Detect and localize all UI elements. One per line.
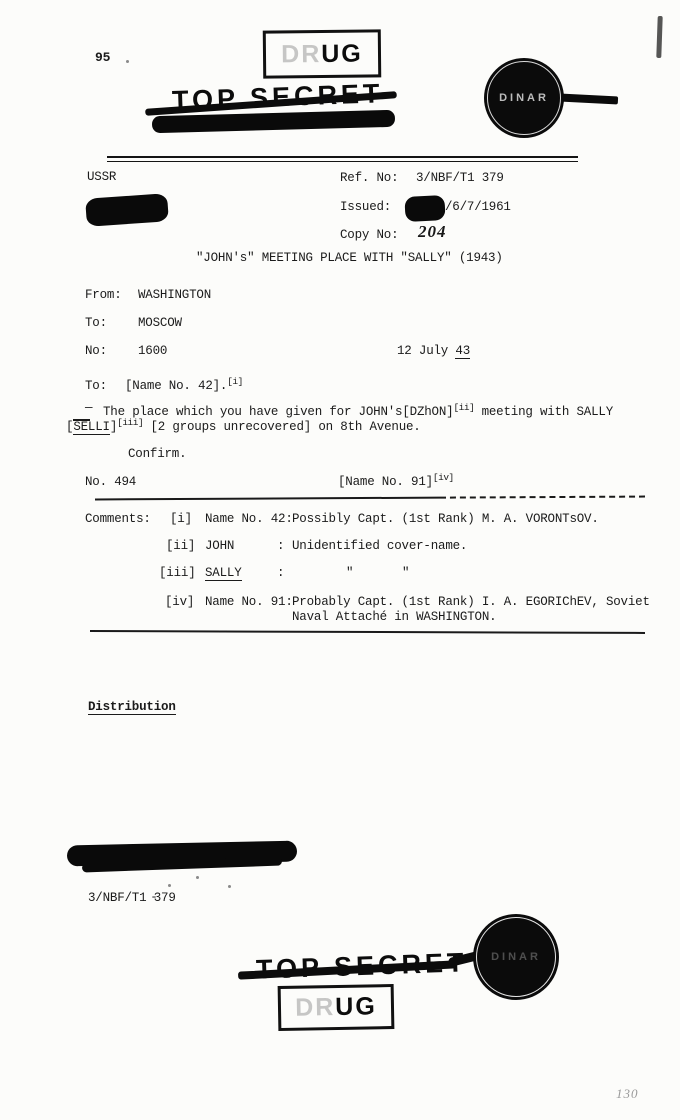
ref-label: Ref. No: [340, 171, 398, 185]
overline-mark [73, 419, 90, 421]
document-page: 95 DRUG TOP SECRET DINAR USSR Ref. No: 3… [0, 0, 680, 1120]
footnote-definition-line2: Naval Attaché in WASHINGTON. [292, 610, 496, 624]
no-value: 1600 [138, 344, 167, 358]
dinar-ring [476, 917, 556, 997]
to-label: To: [85, 316, 107, 330]
footnote-index: [ii] [166, 539, 195, 553]
pencil-mark [168, 884, 171, 887]
signature-name: [Name No. 91] [338, 475, 433, 489]
body-text: meeting with SALLY [474, 405, 613, 419]
from-label: From: [85, 288, 122, 302]
from-value: WASHINGTON [138, 288, 211, 302]
message-date: 12 July 43 [397, 344, 470, 358]
ditto-mark: " [346, 566, 353, 580]
divider-solid-rule [90, 630, 645, 634]
ref-value: 3/NBF/T1 379 [416, 171, 504, 185]
issued-value: /6/7/1961 [445, 200, 511, 214]
colon: : [277, 566, 284, 580]
drug-stamp-faint-letters: DR [295, 993, 336, 1023]
distribution-heading: Distribution [88, 700, 176, 715]
addressee-value: [Name No. 42].[i] [125, 379, 243, 393]
to-value: MOSCOW [138, 316, 182, 330]
footnote-ref-ii: [ii] [453, 402, 474, 413]
footnote-ref-iv: [iv] [433, 472, 454, 483]
dinar-stamp-bottom: DINAR [473, 914, 559, 1000]
footnote-index: [iv] [165, 595, 194, 609]
country-label: USSR [87, 170, 116, 184]
page-number: 95 [95, 50, 110, 65]
addressee-label: To: [85, 379, 107, 393]
drug-stamp-bottom: DRUG [278, 984, 395, 1031]
body-text: The place which you have given for JOHN'… [103, 405, 453, 419]
no-label: No: [85, 344, 107, 358]
redaction-blob [85, 193, 169, 227]
comments-label: Comments: [85, 512, 151, 526]
paragraph-line1: The place which you have given for JOHN'… [103, 405, 613, 419]
footnote-term: Name No. 42: [205, 512, 293, 526]
footnote-index: [i] [170, 512, 192, 526]
document-title: "JOHN's" MEETING PLACE WITH "SALLY" (194… [196, 251, 503, 265]
dinar-stamp-top: DINAR [484, 58, 564, 138]
paragraph-dash: — [85, 401, 92, 415]
corner-handwritten-note: 130 [616, 1086, 639, 1102]
addressee-name: [Name No. 42]. [125, 379, 227, 393]
redaction-blob-issued [404, 195, 445, 222]
footnote-definition: Possibly Capt. (1st Rank) M. A. VORONTsO… [292, 512, 599, 526]
date-year: 43 [455, 344, 470, 359]
dinar-ring [487, 61, 561, 135]
drug-stamp-bold-letters: UG [321, 39, 363, 68]
footnote-ref-iii: [iii] [117, 417, 143, 428]
scan-smudge [656, 16, 662, 58]
pencil-mark [196, 876, 199, 879]
message-number: No. 494 [85, 475, 136, 489]
footnote-term: JOHN [205, 539, 234, 553]
dinar-disc: DINAR [473, 914, 559, 1000]
footnote-definition: Unidentified cover-name. [292, 539, 467, 553]
cover-name-selli: SELLI [73, 420, 110, 435]
issued-label: Issued: [340, 200, 391, 214]
copy-label: Copy No: [340, 228, 398, 242]
confirm-text: Confirm. [128, 447, 186, 461]
footnote-ref-i: [i] [227, 376, 243, 387]
paragraph-line2: [SELLI][iii] [2 groups unrecovered] on 8… [66, 420, 421, 434]
footnote-term: SALLY [205, 566, 242, 581]
ditto-mark: " [402, 566, 409, 580]
date-prefix: 12 July [397, 344, 455, 358]
divider-dashed-rule [95, 496, 645, 499]
body-text: [2 groups unrecovered] on 8th Avenue. [143, 420, 420, 434]
footer-reference: 3/NBF/T1 379 [88, 891, 176, 905]
footnote-definition: Probably Capt. (1st Rank) I. A. EGORIChE… [292, 595, 650, 609]
pencil-mark [228, 885, 231, 888]
stamp-tail [560, 93, 618, 104]
pencil-mark [126, 60, 129, 63]
dinar-disc: DINAR [484, 58, 564, 138]
drug-stamp-faint-letters: DR [281, 40, 321, 69]
divider-double-rule [107, 156, 578, 162]
footnote-term: Name No. 91: [205, 595, 293, 609]
signature: [Name No. 91][iv] [338, 475, 454, 489]
copy-number-handwritten: 204 [418, 222, 447, 242]
drug-stamp-bold-letters: UG [335, 992, 377, 1022]
drug-stamp-top: DRUG [263, 29, 381, 78]
colon: : [277, 539, 284, 553]
footnote-index: [iii] [159, 566, 196, 580]
